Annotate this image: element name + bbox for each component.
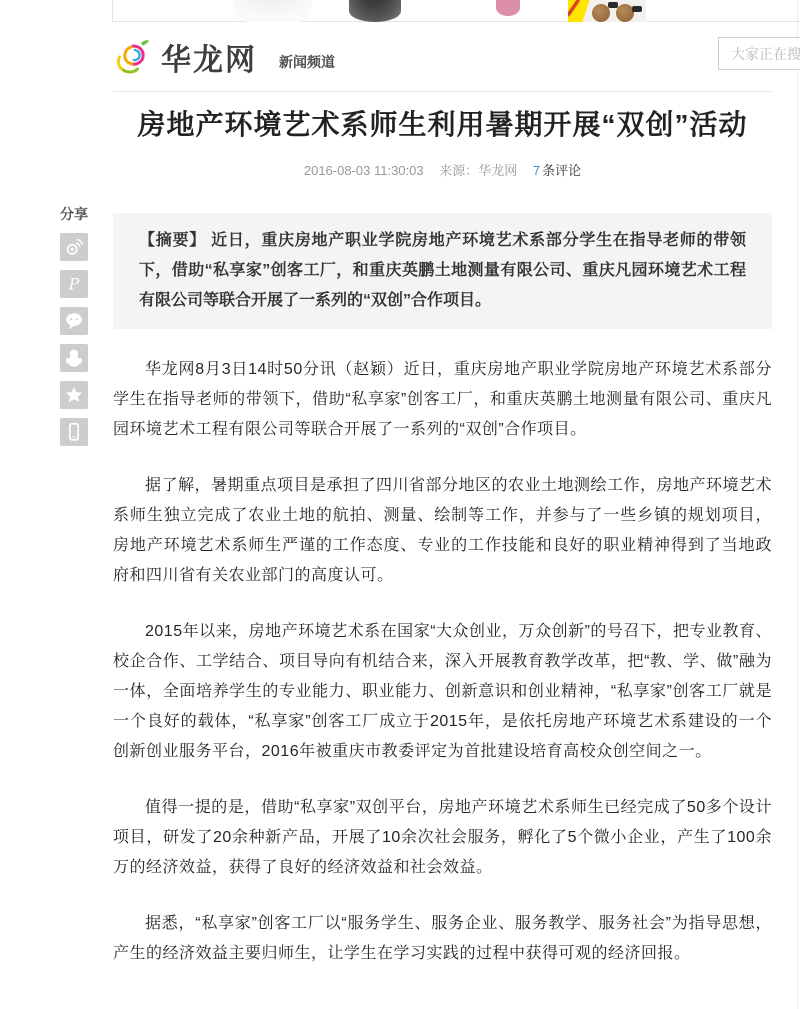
article-paragraph: 2015年以来，房地产环境艺术系在国家“大众创业，万众创新”的号召下，把专业教育…	[113, 617, 772, 767]
channel-label[interactable]: 新闻频道	[279, 52, 335, 72]
share-wechat-button[interactable]	[60, 307, 88, 335]
hualong-dragon-logo-icon[interactable]	[113, 37, 153, 77]
price-ribbon	[568, 0, 591, 22]
page: 分享 P	[0, 0, 800, 1009]
share-qq-button[interactable]	[60, 344, 88, 372]
article-title: 房地产环境艺术系师生利用暑期开展“双创”活动	[113, 106, 772, 144]
ad-thumbnail-1[interactable]	[234, 0, 312, 22]
article-paragraph: 据了解，暑期重点项目是承担了四川省部分地区的农业土地测绘工作，房地产环境艺术系师…	[113, 471, 772, 591]
article-source: 来源：华龙网	[439, 163, 517, 178]
product-detail	[632, 6, 642, 12]
wechat-icon	[63, 310, 85, 332]
search-input[interactable]	[718, 37, 800, 70]
article-meta: 2016-08-03 11:30:03 来源：华龙网 7条评论	[113, 160, 772, 179]
mobile-phone-icon	[63, 421, 85, 443]
article-paragraph: 据悉，“私享家”创客工厂以“服务学生、服务企业、服务教学、服务社会”为指导思想，…	[113, 909, 772, 969]
ad-thumbnail-4[interactable]	[568, 0, 646, 22]
svg-text:P: P	[68, 276, 80, 294]
share-pengyou-button[interactable]: P	[60, 270, 88, 298]
content-right-border	[797, 0, 798, 1009]
comment-label[interactable]: 条评论	[542, 163, 581, 178]
main-column: 华龙网 新闻频道 房地产环境艺术系师生利用暑期开展“双创”活动 2016-08-…	[113, 0, 772, 969]
share-qzone-button[interactable]	[60, 381, 88, 409]
ad-strip	[112, 0, 800, 22]
share-weibo-button[interactable]	[60, 233, 88, 261]
ad-thumbnail-3[interactable]	[496, 0, 520, 16]
summary-text: 近日，重庆房地产职业学院房地产环境艺术系部分学生在指导老师的带领下，借助“私享家…	[139, 232, 746, 309]
summary-label: 【摘要】	[139, 232, 206, 249]
weibo-icon	[63, 236, 85, 258]
pengyou-icon: P	[63, 273, 85, 295]
summary-box: 【摘要】 近日，重庆房地产职业学院房地产环境艺术系部分学生在指导老师的带领下，借…	[113, 213, 772, 329]
article-paragraph: 值得一提的是，借助“私享家”双创平台，房地产环境艺术系师生已经完成了50多个设计…	[113, 793, 772, 883]
star-icon	[63, 384, 85, 406]
article-paragraph: 华龙网8月3日14时50分讯（赵颖）近日，重庆房地产职业学院房地产环境艺术系部分…	[113, 355, 772, 445]
qq-penguin-icon	[63, 347, 85, 369]
share-label: 分享	[60, 204, 88, 224]
publish-date: 2016-08-03 11:30:03	[304, 163, 424, 178]
comment-count[interactable]: 7	[533, 163, 540, 178]
ad-thumbnail-2[interactable]	[349, 0, 401, 22]
share-mobile-button[interactable]	[60, 418, 88, 446]
site-header: 华龙网 新闻频道	[113, 22, 772, 92]
site-name[interactable]: 华龙网	[161, 35, 257, 79]
share-rail: 分享 P	[60, 204, 88, 455]
